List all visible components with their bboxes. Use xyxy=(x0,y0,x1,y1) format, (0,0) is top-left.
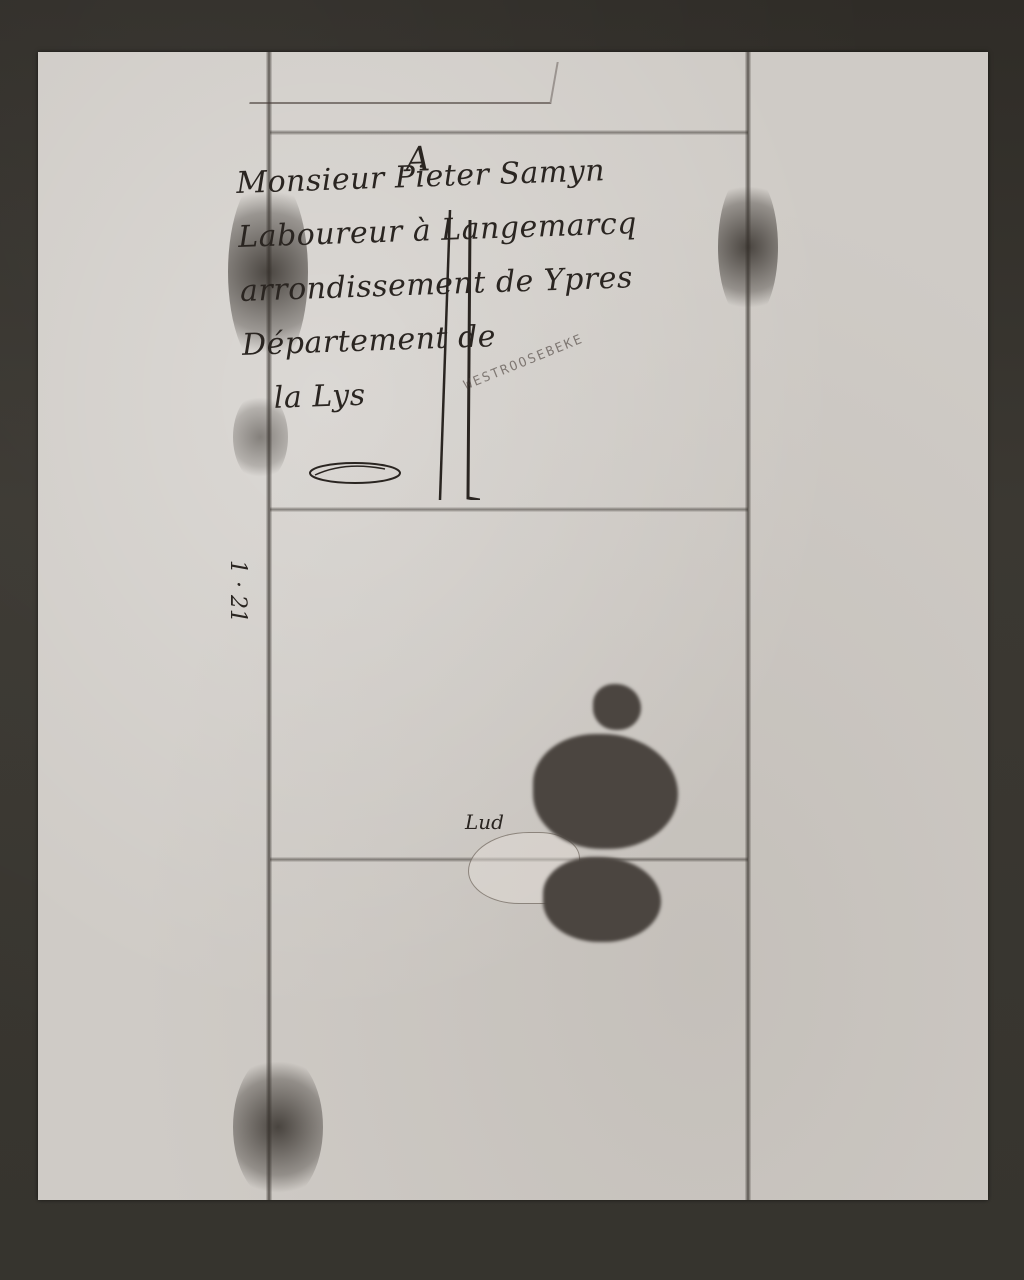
postal-strike-marks xyxy=(400,170,480,500)
ink-blot xyxy=(543,857,661,942)
paper-flap xyxy=(249,62,558,104)
flourish-mark xyxy=(305,455,405,490)
fold-line-top xyxy=(270,130,748,135)
fold-line-middle xyxy=(270,507,748,512)
margin-note: 1 · 21 xyxy=(225,560,250,623)
stain-fragment-text: Lud xyxy=(465,810,504,834)
ink-smudge xyxy=(233,1052,323,1202)
ink-blot xyxy=(593,684,641,730)
ink-smudge xyxy=(718,172,778,322)
ink-blot xyxy=(533,734,678,849)
